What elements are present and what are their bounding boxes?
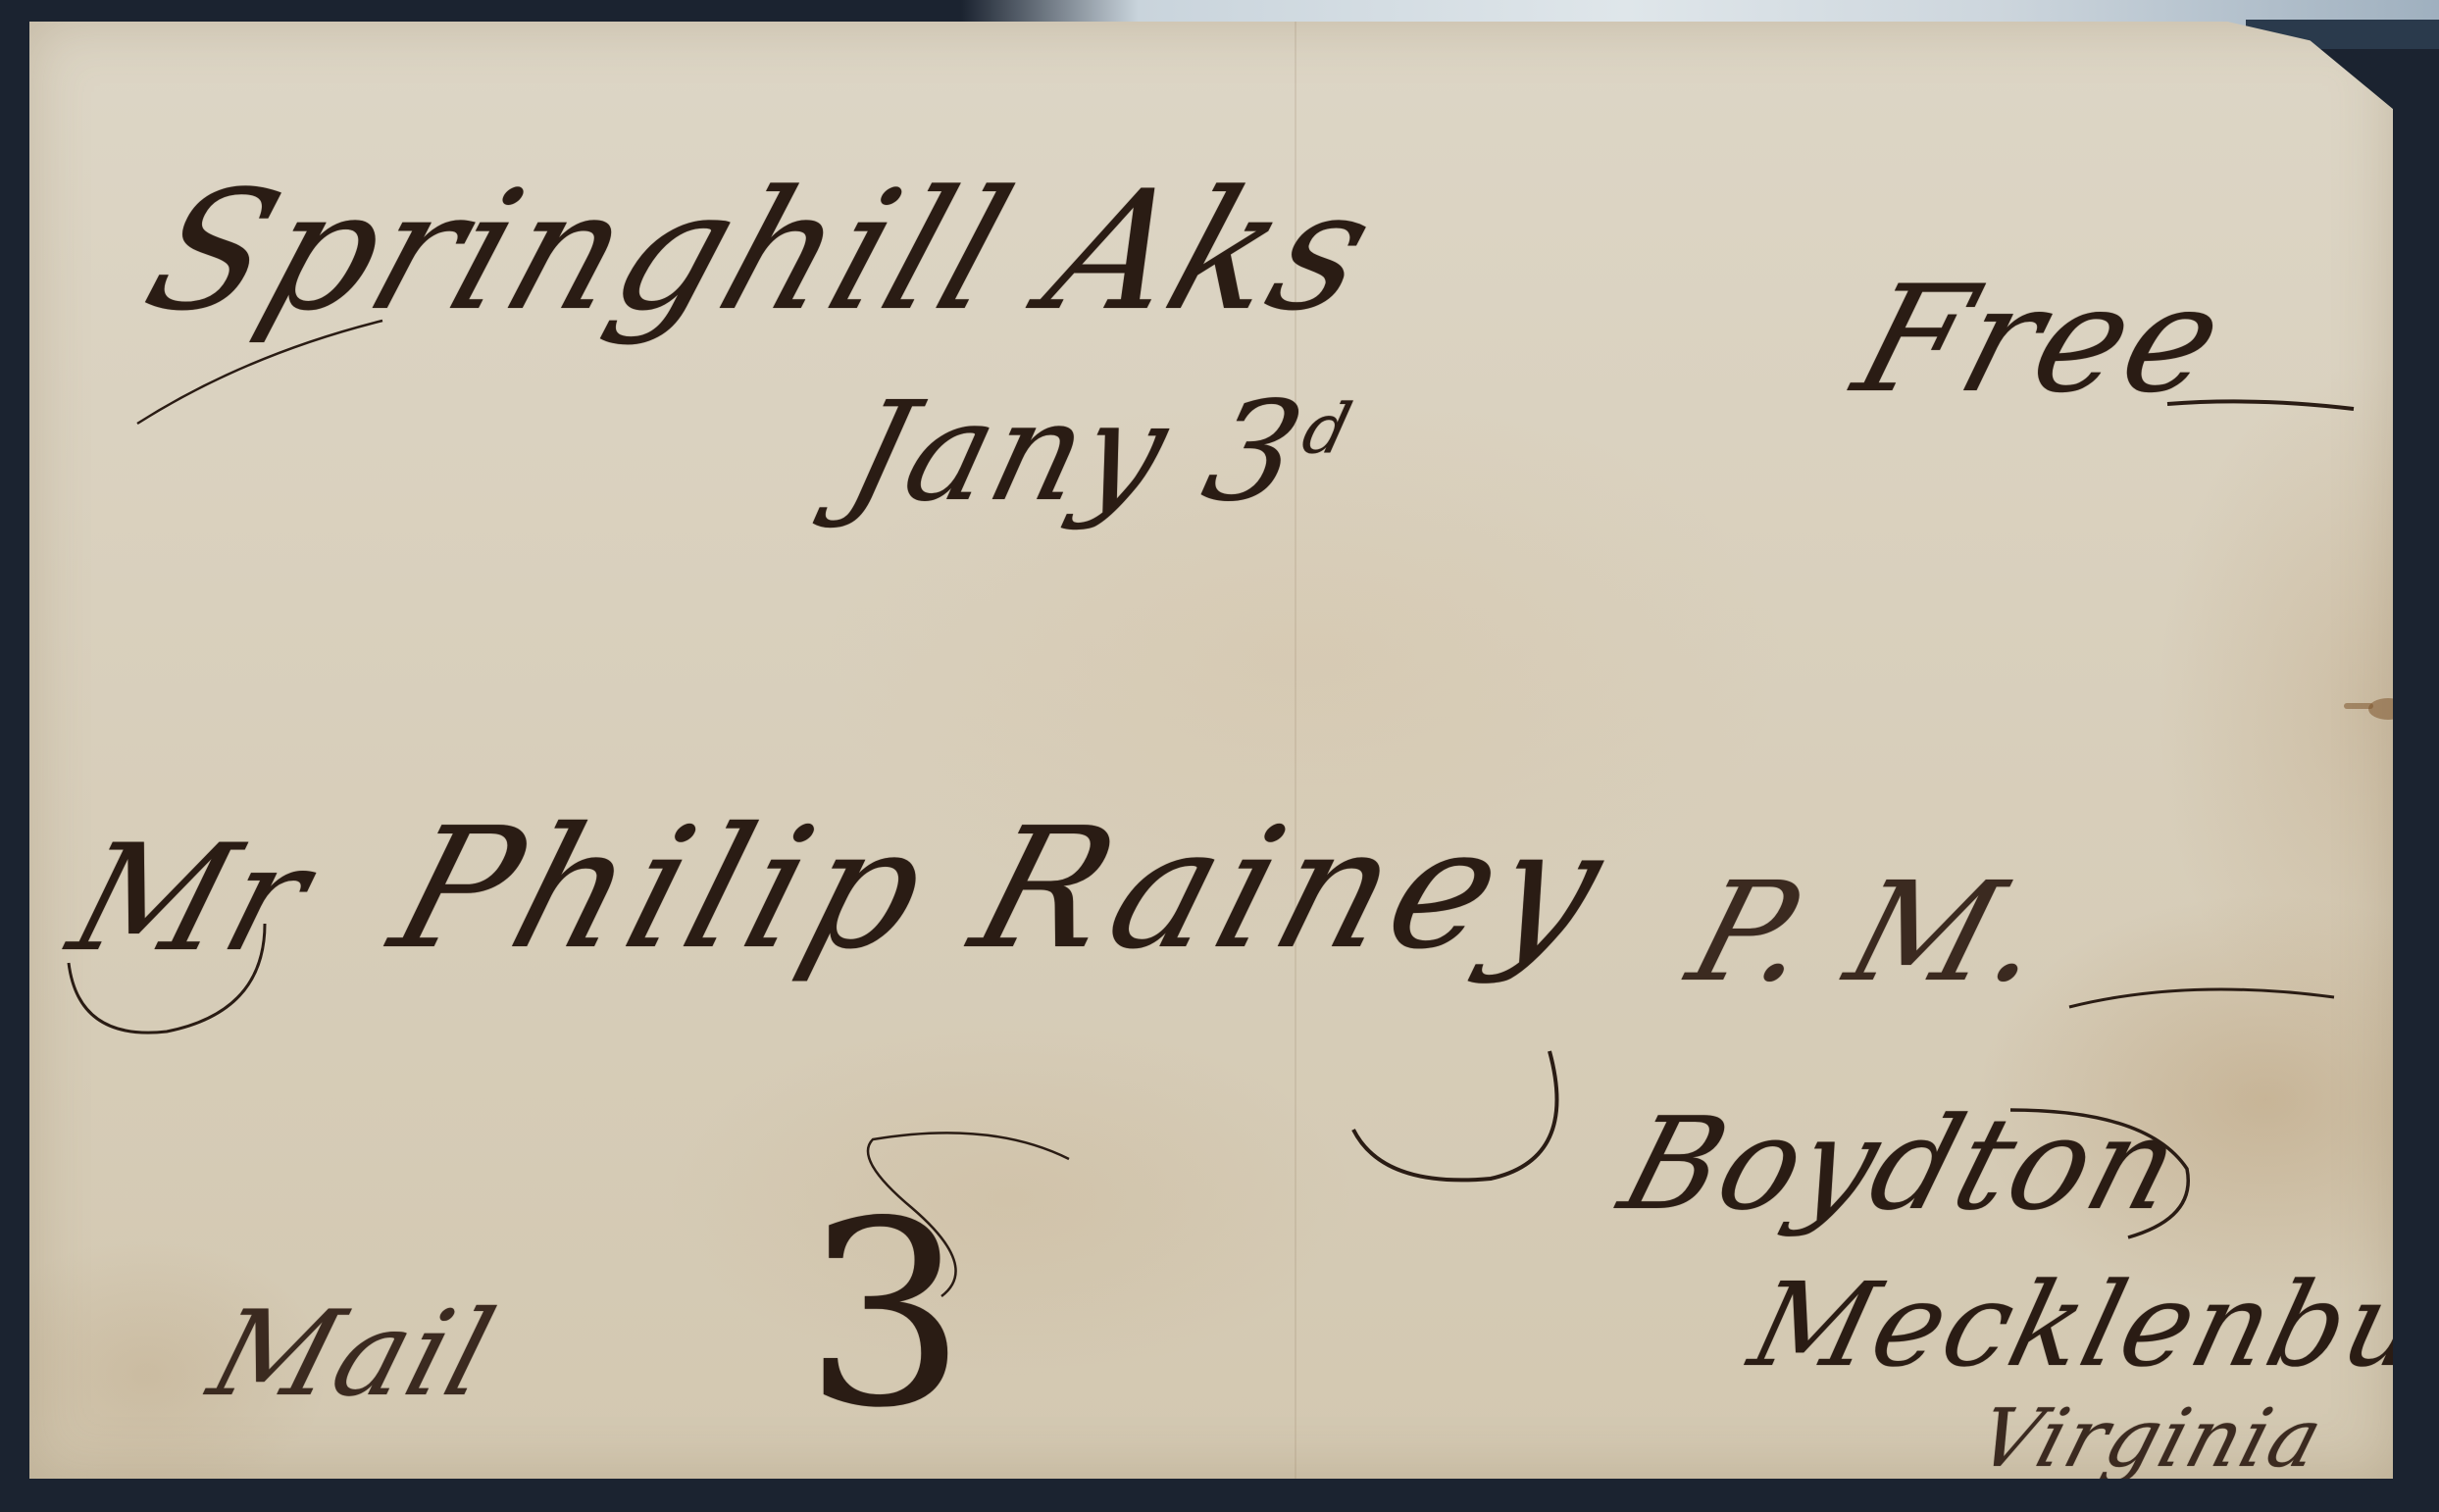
salutation-flourish <box>59 904 294 1051</box>
rainey-y-loop-flourish <box>1324 1041 1638 1198</box>
addressee-title: P. M. <box>1677 865 2062 1002</box>
mail-endorsement: Mail <box>199 1296 507 1414</box>
rate-mark: 3 <box>804 1188 968 1443</box>
date-month: Jany <box>834 373 1184 532</box>
destination-county: Mecklenburg <box>1741 1267 2439 1383</box>
free-tail-flourish <box>2167 389 2363 419</box>
boydton-flourish <box>2001 1090 2216 1257</box>
origin-underline-flourish <box>127 316 422 433</box>
ink-stain <box>2344 703 2373 709</box>
addressee-name: Philip Rainey <box>379 806 1624 973</box>
letter-cover: Springhill Aks Jany 3d Free Mr Philip Ra… <box>29 22 2393 1479</box>
origin-date: Jany 3d <box>837 384 1362 522</box>
origin-town: Springhill Aks <box>130 169 1393 333</box>
pm-tail-flourish <box>2069 978 2344 1017</box>
destination-state: Virginia <box>1969 1399 2331 1480</box>
ink-stain <box>2368 698 2408 720</box>
